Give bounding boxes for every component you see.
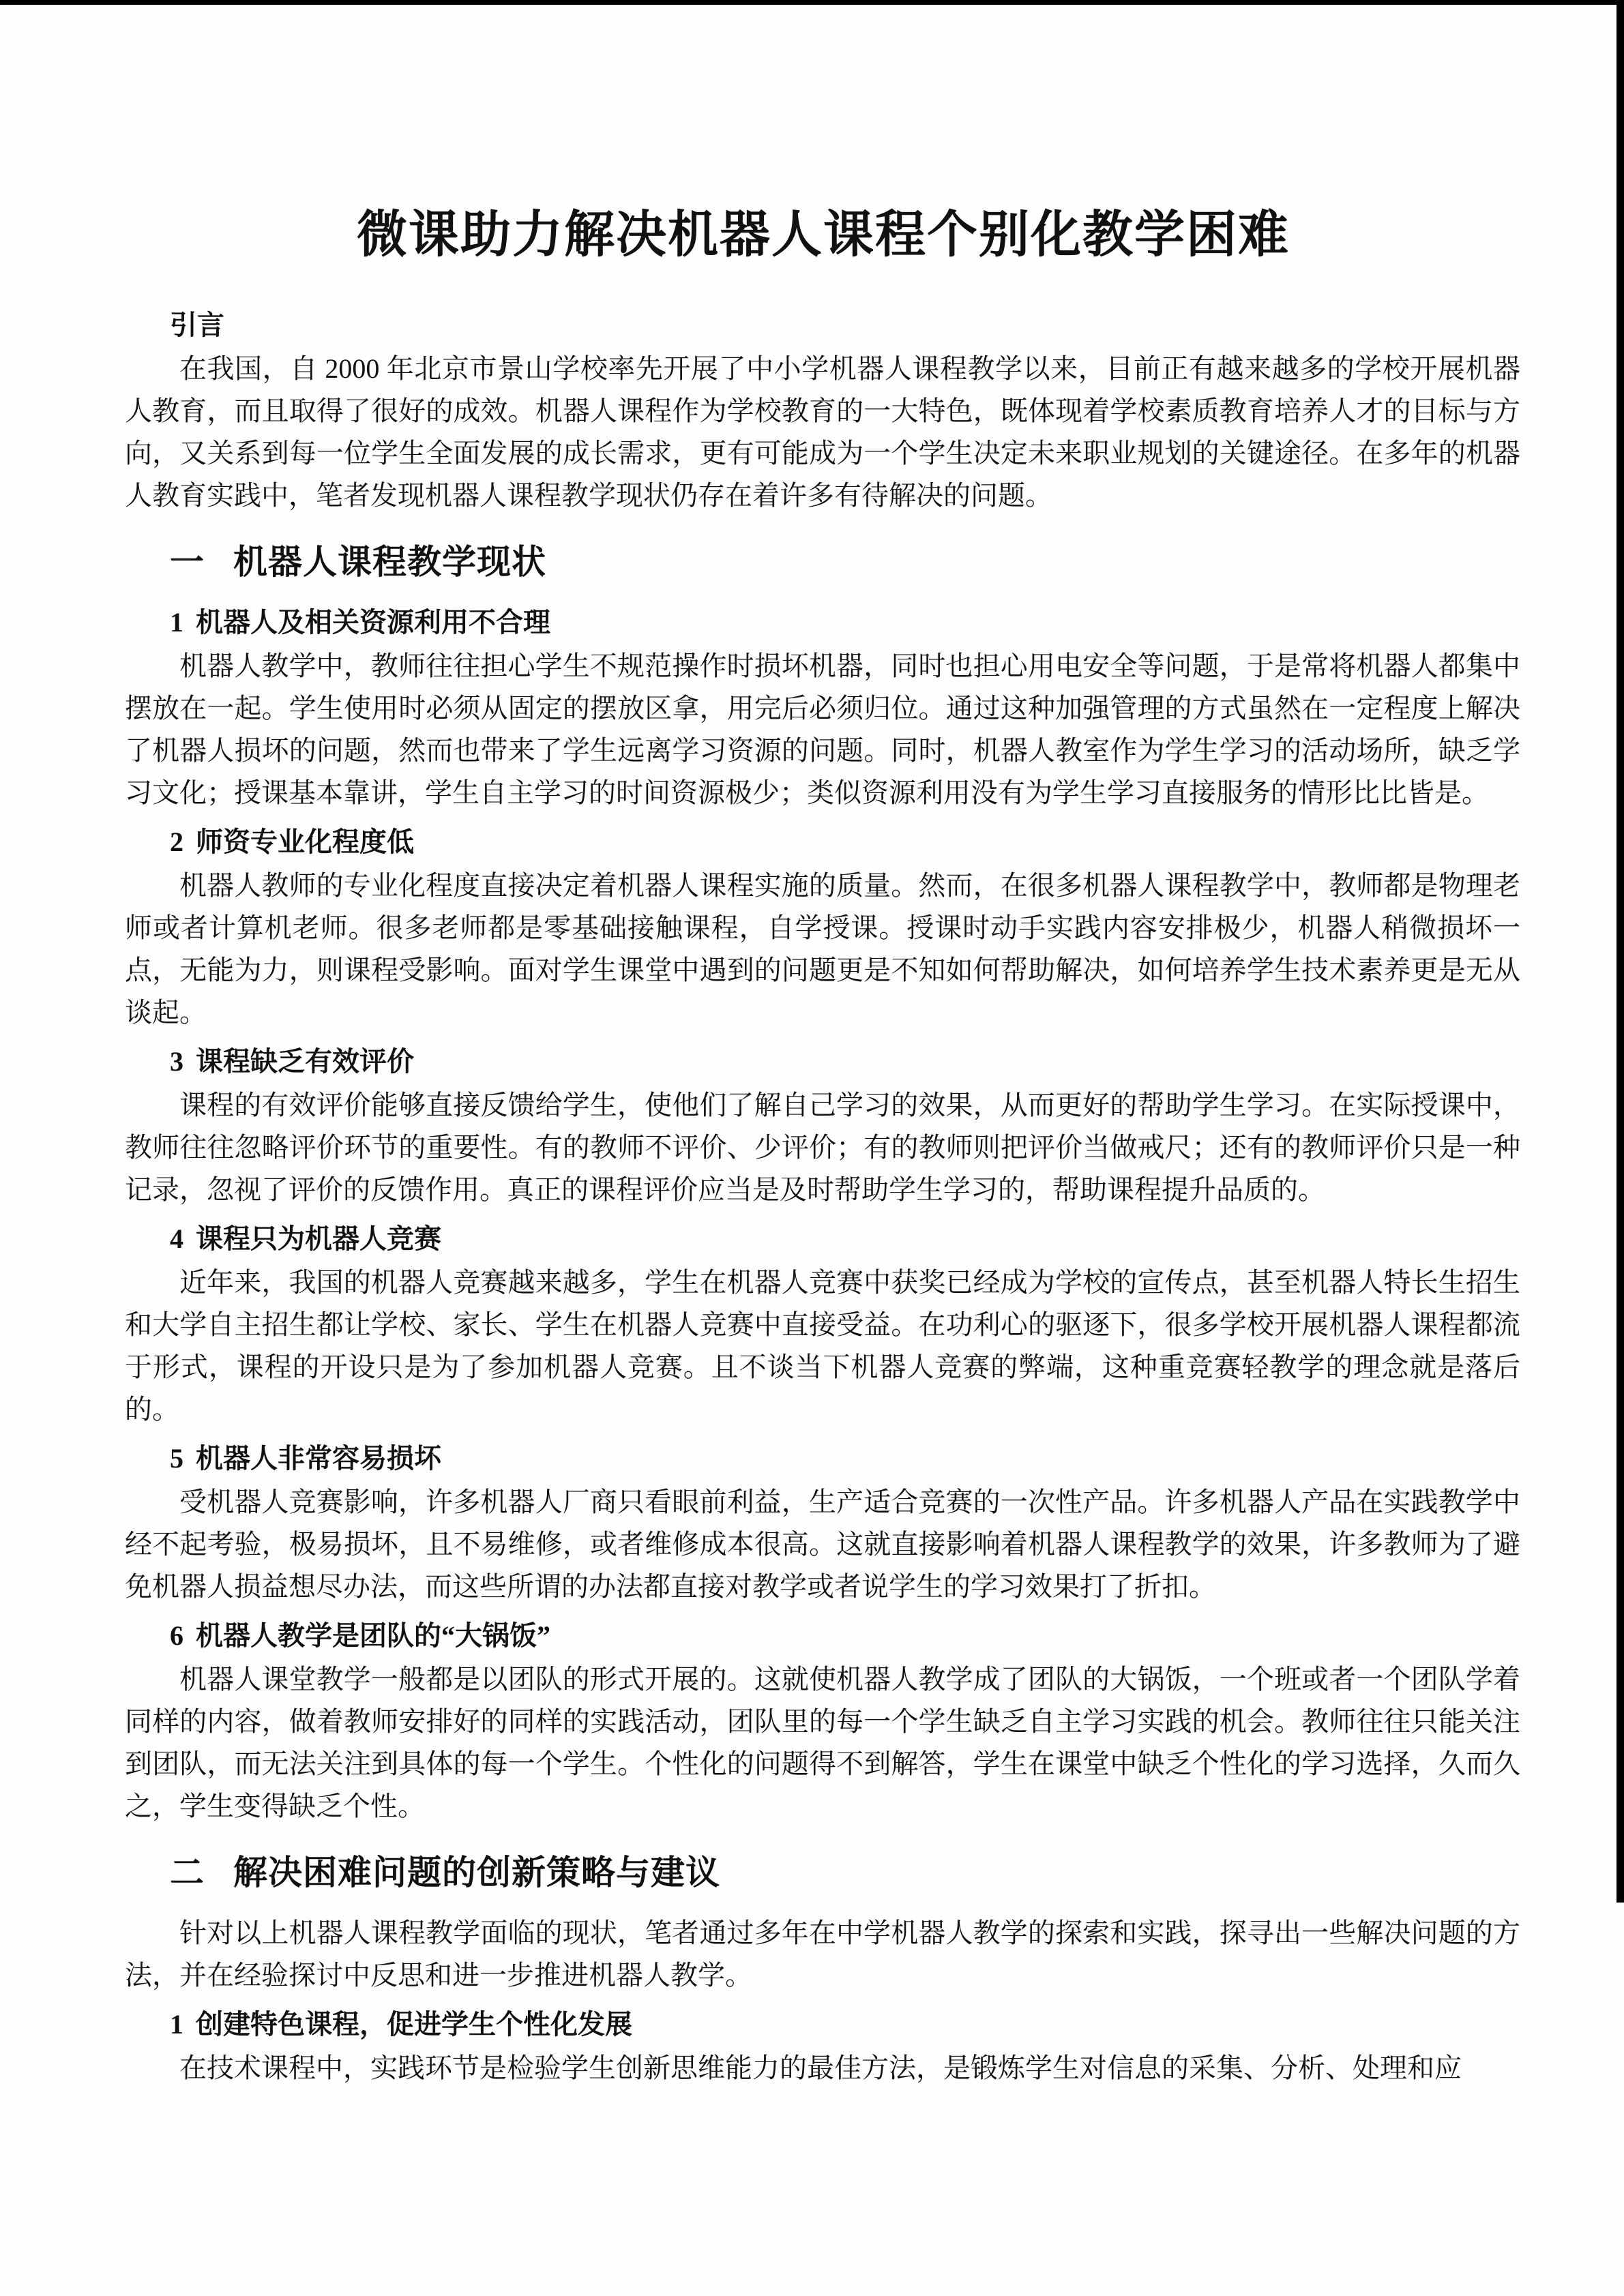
paragraph-2-1: 在技术课程中，实践环节是检验学生创新思维能力的最佳方法，是锻炼学生对信息的采集、… xyxy=(125,2047,1520,2089)
section-1-title: 机器人课程教学现状 xyxy=(233,543,546,581)
intro-paragraph: 在我国，自 2000 年北京市景山学校率先开展了中小学机器人课程教学以来，目前正… xyxy=(125,348,1520,517)
subheading-2-1-label: 创建特色课程，促进学生个性化发展 xyxy=(196,2009,632,2040)
subheading-1-5-number: 5 xyxy=(170,1443,183,1474)
paragraph-1-1: 机器人教学中，教师往往担心学生不规范操作时损坏机器，同时也担心用电安全等问题，于… xyxy=(125,645,1520,814)
scan-edge-top xyxy=(0,0,1624,5)
subheading-1-6: 6机器人教学是团队的“大锅饭” xyxy=(125,1615,1520,1657)
paragraph-1-6: 机器人课堂教学一般都是以团队的形式开展的。这就使机器人教学成了团队的大锅饭，一个… xyxy=(125,1658,1520,1828)
subheading-1-4: 4课程只为机器人竞赛 xyxy=(125,1218,1520,1260)
paragraph-1-5: 受机器人竞赛影响，许多机器人厂商只看眼前利益，生产适合竞赛的一次性产品。许多机器… xyxy=(125,1481,1520,1608)
paragraph-1-3: 课程的有效评价能够直接反馈给学生，使他们了解自己学习的效果，从而更好的帮助学生学… xyxy=(125,1084,1520,1211)
subheading-1-2: 2师资专业化程度低 xyxy=(125,821,1520,863)
subheading-1-5: 5机器人非常容易损坏 xyxy=(125,1437,1520,1480)
subheading-1-3: 3课程缺乏有效评价 xyxy=(125,1041,1520,1083)
document-title: 微课助力解决机器人课程个别化教学困难 xyxy=(125,203,1522,268)
subheading-1-5-label: 机器人非常容易损坏 xyxy=(196,1443,441,1474)
subheading-1-1: 1机器人及相关资源利用不合理 xyxy=(125,601,1520,644)
subheading-1-2-number: 2 xyxy=(170,826,183,857)
subheading-1-1-number: 1 xyxy=(170,607,183,638)
subheading-2-1: 1创建特色课程，促进学生个性化发展 xyxy=(125,2003,1520,2046)
scan-edge-right xyxy=(1616,0,1624,1903)
subheading-2-1-number: 1 xyxy=(170,2009,183,2040)
subheading-1-3-label: 课程缺乏有效评价 xyxy=(196,1046,414,1077)
section-2-number: 二 xyxy=(170,1853,205,1892)
paragraph-1-2: 机器人教师的专业化程度直接决定着机器人课程实施的质量。然而，在很多机器人课程教学… xyxy=(125,865,1520,1034)
section-1-heading: 一机器人课程教学现状 xyxy=(125,537,1520,586)
intro-heading: 引言 xyxy=(125,304,1520,346)
subheading-1-6-label: 机器人教学是团队的“大锅饭” xyxy=(196,1620,550,1651)
document-page: 微课助力解决机器人课程个别化教学困难 引言 在我国，自 2000 年北京市景山学… xyxy=(0,0,1624,2296)
subheading-1-4-number: 4 xyxy=(170,1223,183,1254)
section-2-title: 解决困难问题的创新策略与建议 xyxy=(233,1853,720,1892)
subheading-1-3-number: 3 xyxy=(170,1046,183,1077)
paragraph-1-4: 近年来，我国的机器人竞赛越来越多，学生在机器人竞赛中获奖已经成为学校的宣传点，甚… xyxy=(125,1262,1520,1431)
subheading-1-2-label: 师资专业化程度低 xyxy=(196,826,414,857)
document-body: 引言 在我国，自 2000 年北京市景山学校率先开展了中小学机器人课程教学以来，… xyxy=(125,304,1520,2089)
subheading-1-4-label: 课程只为机器人竞赛 xyxy=(196,1223,441,1254)
section-2-lead-paragraph: 针对以上机器人课程教学面临的现状，笔者通过多年在中学机器人教学的探索和实践，探寻… xyxy=(125,1912,1520,1997)
section-1-number: 一 xyxy=(170,543,205,581)
subheading-1-6-number: 6 xyxy=(170,1620,183,1651)
subheading-1-1-label: 机器人及相关资源利用不合理 xyxy=(196,607,550,638)
section-2-heading: 二解决困难问题的创新策略与建议 xyxy=(125,1848,1520,1897)
